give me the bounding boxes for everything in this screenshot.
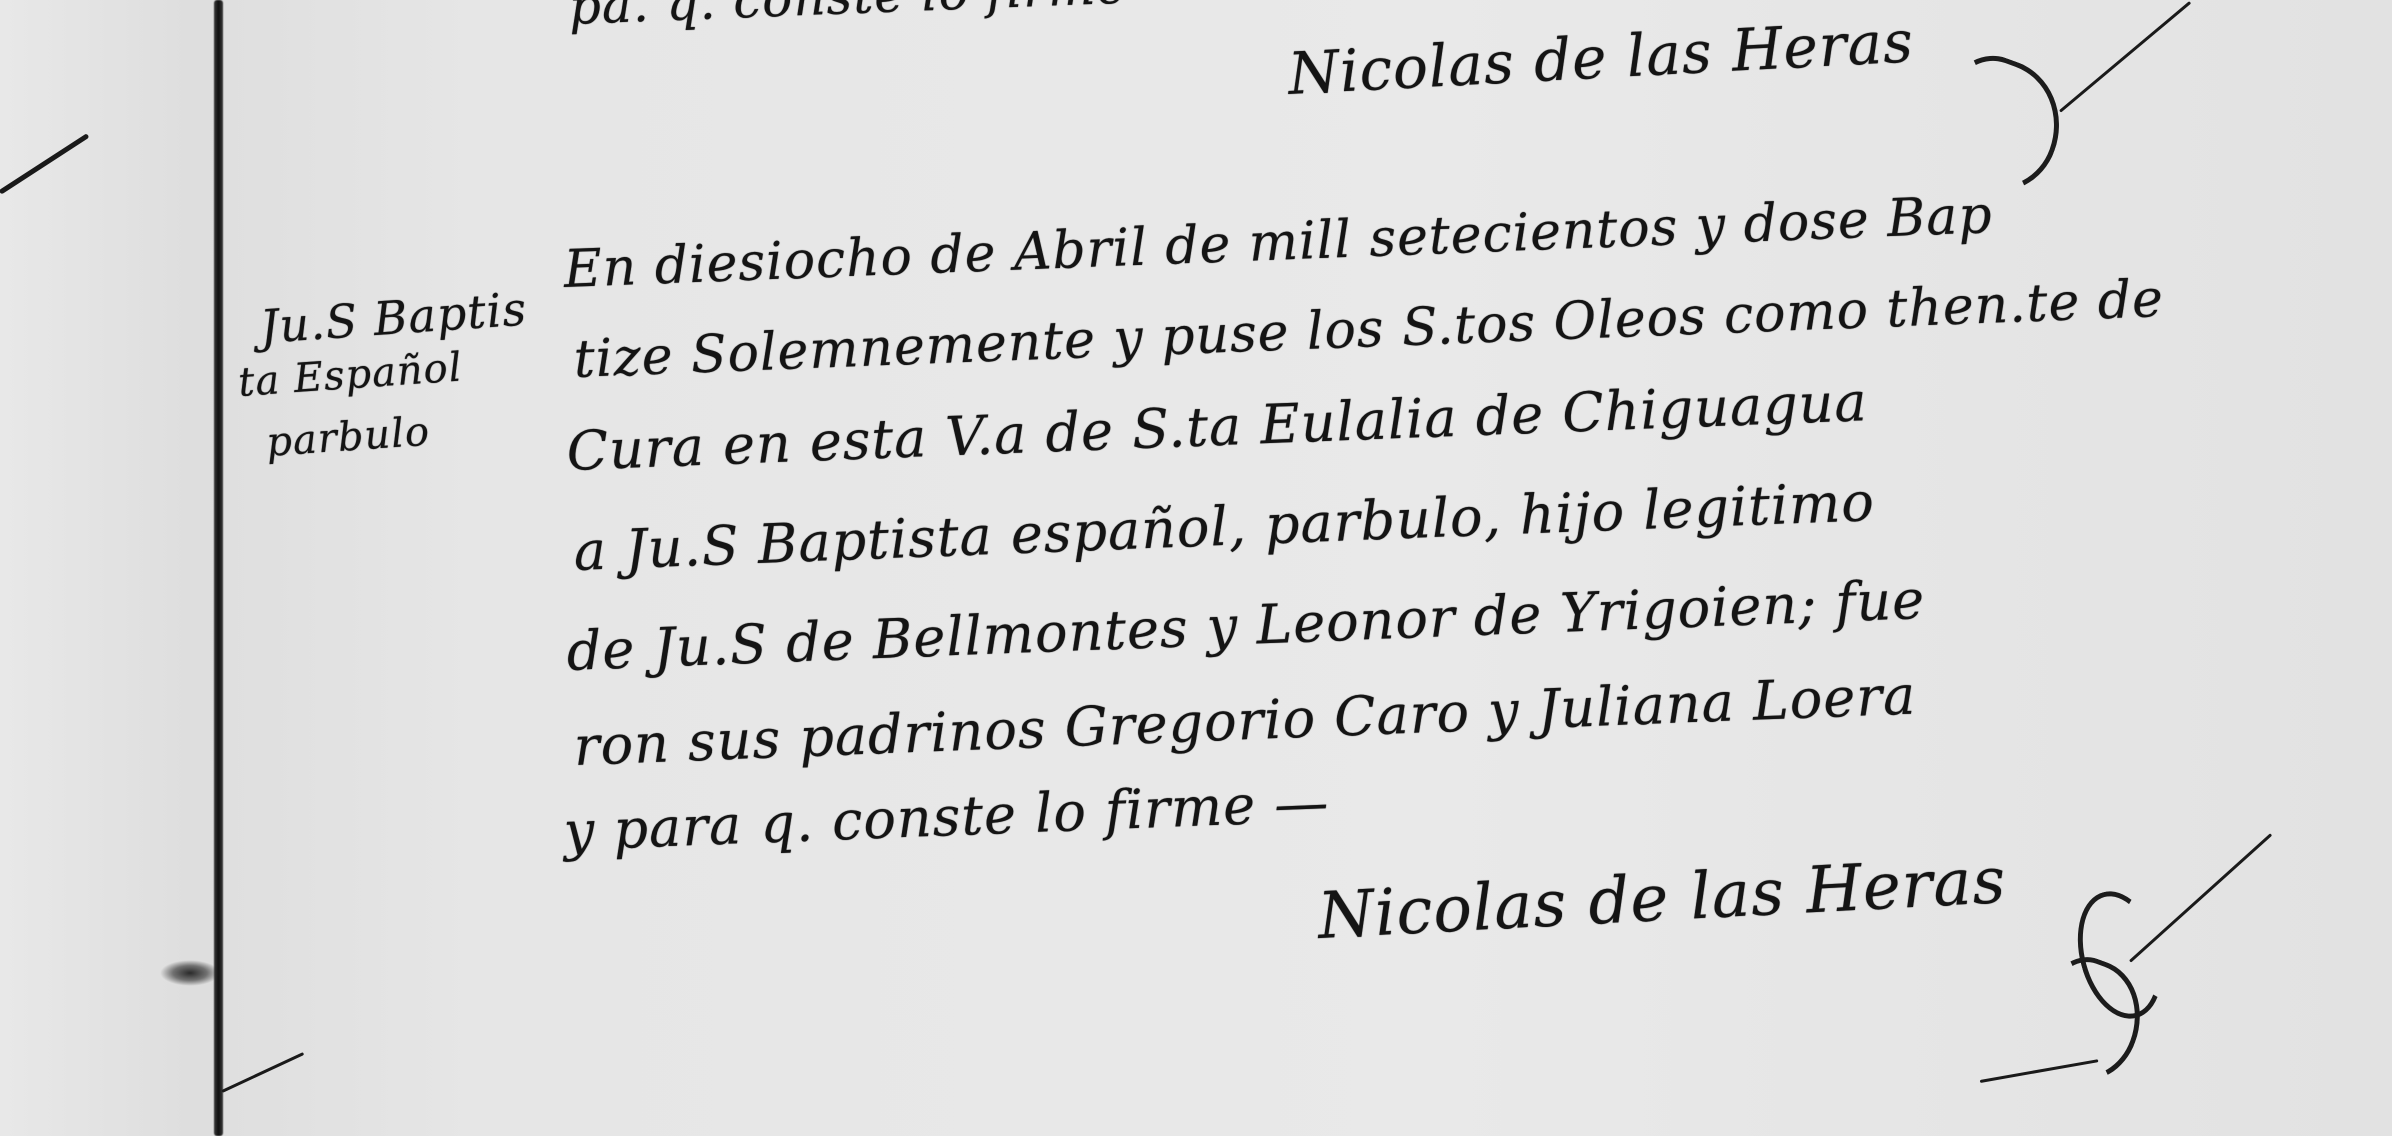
previous-entry-signature: Nicolas de las Heras bbox=[1286, 7, 1915, 108]
margin-note-line-1: Ju.S Baptis bbox=[258, 281, 528, 354]
body-line-3: Cura en esta V.a de S.ta Eulalia de Chig… bbox=[566, 370, 1869, 483]
body-line-6: ron sus padrinos Gregorio Caro y Juliana… bbox=[573, 663, 1918, 778]
ink-blot bbox=[160, 960, 220, 986]
priest-signature: Nicolas de las Heras bbox=[1316, 844, 2008, 954]
previous-entry-fragment: pa. q. conste lo firme bbox=[568, 0, 1128, 36]
manuscript-page: pa. q. conste lo firme Nicolas de las He… bbox=[0, 0, 2392, 1136]
signature-tail-top bbox=[2059, 1, 2191, 113]
body-line-4: a Ju.S Baptista español, parbulo, hijo l… bbox=[573, 470, 1876, 583]
signature-tail-bottom bbox=[2129, 833, 2272, 962]
body-line-7: y para q. conste lo firme — bbox=[563, 771, 1331, 863]
margin-stroke-top bbox=[0, 133, 89, 194]
rubric-flourish-top bbox=[1921, 43, 2078, 206]
margin-note-line-2: ta Español bbox=[237, 344, 464, 406]
margin-stroke-bottom bbox=[221, 1052, 304, 1093]
margin-note-line-3: parbulo bbox=[265, 409, 432, 466]
body-line-5: de Ju.S de Bellmontes y Leonor de Yrigoi… bbox=[566, 568, 1927, 683]
